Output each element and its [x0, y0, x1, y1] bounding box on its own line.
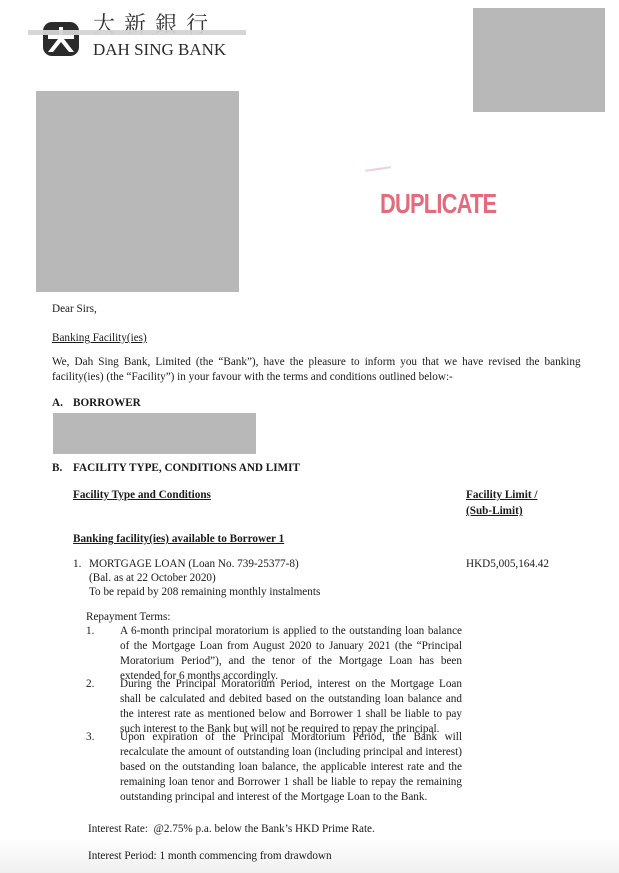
term-text: A 6-month principal moratorium is applie…: [120, 624, 462, 684]
stamp-ink-mark: [365, 166, 391, 172]
redacted-reference-box: [473, 8, 605, 112]
repayment-terms-label: Repayment Terms:: [86, 610, 170, 624]
facility-limit-header-2: (Sub-Limit): [466, 504, 523, 518]
borrower-1-heading: Banking facility(ies) available to Borro…: [73, 532, 284, 546]
repayment-term: 1. A 6-month principal moratorium is app…: [86, 624, 462, 684]
repayment-term: 3. Upon expiration of the Principal Mora…: [86, 730, 462, 820]
section-a-label: A.: [52, 396, 63, 410]
term-number: 1.: [86, 624, 94, 639]
scan-line: [28, 30, 246, 35]
redacted-address-box: [36, 91, 239, 292]
section-b-label: B.: [52, 461, 62, 475]
salutation: Dear Sirs,: [52, 302, 97, 316]
redacted-borrower-box: [53, 413, 256, 454]
section-a-title: BORROWER: [73, 396, 141, 410]
dah-sing-logo-icon: [43, 19, 79, 59]
term-text: Upon expiration of the Principal Morator…: [120, 730, 462, 805]
facility-limit-value: HKD5,005,164.42: [466, 557, 549, 571]
intro-line-2: facility(ies) (the “Facility”) in your f…: [52, 370, 453, 384]
facility-number: 1.: [73, 557, 81, 571]
facility-name: MORTGAGE LOAN (Loan No. 739-25377-8): [89, 557, 299, 571]
interest-period: Interest Period: 1 month commencing from…: [88, 849, 332, 863]
subject-line: Banking Facility(ies): [52, 331, 147, 345]
facility-balance-date: (Bal. as at 22 October 2020): [89, 571, 216, 585]
term-text: During the Principal Moratorium Period, …: [120, 677, 462, 737]
bank-name-english: DAH SING BANK: [93, 40, 226, 60]
duplicate-stamp: DUPLICATE: [380, 184, 496, 224]
section-b-title: FACILITY TYPE, CONDITIONS AND LIMIT: [73, 461, 300, 475]
facility-repayment: To be repaid by 208 remaining monthly in…: [89, 585, 320, 599]
repayment-term: 2. During the Principal Moratorium Perio…: [86, 677, 462, 737]
facility-type-header: Facility Type and Conditions: [73, 488, 211, 502]
intro-line-1: We, Dah Sing Bank, Limited (the “Bank”),…: [52, 355, 581, 369]
term-number: 2.: [86, 677, 94, 692]
facility-limit-header-1: Facility Limit /: [466, 488, 537, 502]
term-number: 3.: [86, 730, 94, 745]
interest-rate: Interest Rate: @2.75% p.a. below the Ban…: [88, 822, 375, 836]
